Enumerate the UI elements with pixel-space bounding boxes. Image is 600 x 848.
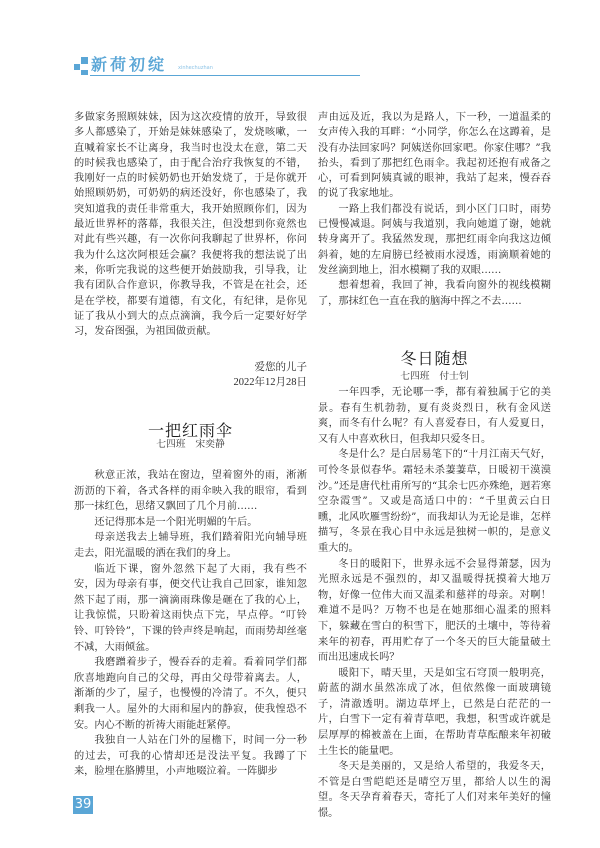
paragraph: 想着想着，我回了神，我看向窗外的视线模糊了，那抹红色一直在我的脑海中挥之不去…… [318,278,551,309]
paragraph: 冬天是美丽的，又是给人希望的，我爱冬天，不管是白雪皑皑还是晴空万里，都给人以生的… [318,759,551,821]
paragraph: 冬日的暖阳下，世界永远不会显得萧瑟，因为光照永远是不强烈的，却又温暖得抚摸着大地… [318,557,551,666]
paragraph: 一路上我们都没有说话，到小区门口时，雨势已慢慢减退。阿姨与我道别，我向她道了谢，… [318,202,551,278]
paragraph: 我磨蹭着步子，慢吞吞的走着。看着同学们都欣喜地跑向自己的父母，再由父母带着离去。… [74,655,307,733]
header-divider [90,75,360,76]
paragraph: 声由远及近，我以为是路人，下一秒，一道温柔的女声传入我的耳畔：“小同学，你怎么在… [318,110,551,202]
paragraph: 秋意正浓，我站在窗边，望着窗外的雨，淅淅沥沥的下着，各式各样的雨伞映入我的眼帘，… [74,468,307,515]
article-byline: 七四班 付士钊 [318,368,551,382]
letter-date: 2022年12月28日 [74,375,307,390]
paragraph: 还记得那本是一个阳光明媚的午后。 [74,515,307,531]
letter-signature: 爱您的儿子 [74,360,307,375]
paragraph: 我独自一人站在门外的屋檐下，时间一分一秒的过去，可我的心情却还是没法平复。我蹲了… [74,733,307,780]
section-title: 新荷初绽 [91,55,167,75]
article-body: 一年四季，无论哪一季，都有着独属于它的美景。春有生机勃勃，夏有炎炎烈日，秋有金风… [318,385,551,822]
letter-body: 多做家务照顾妹妹，因为这次疫情的放开，导致很多人都感染了，开始是妹妹感染了，发烧… [74,110,307,339]
article-title: 冬日随想 [318,346,551,369]
logo-squares-icon [74,57,88,75]
article-byline: 七四班 宋奕静 [74,436,307,450]
paragraph: 多做家务照顾妹妹，因为这次疫情的放开，导致很多人都感染了，开始是妹妹感染了，发烧… [74,110,307,339]
paragraph: 临近下课，窗外忽然下起了大雨，我有些不安，因为母亲有事，便交代让我自己回家，谁知… [74,562,307,656]
article-continuation: 声由远及近，我以为是路人，下一秒，一道温柔的女声传入我的耳畔：“小同学，你怎么在… [318,110,551,309]
article-body: 秋意正浓，我站在窗边，望着窗外的雨，淅淅沥沥的下着，各式各样的雨伞映入我的眼帘，… [74,468,307,780]
section-header: 新荷初绽 xinhechuzhan [74,55,288,77]
paragraph: 冬是什么？是白居易笔下的“十月江南天气好，可怜冬景似春华。霜轻未杀萋萋草，日暖初… [318,447,551,556]
paragraph: 暖阳下，晴天里，天是如宝石穹顶一般明亮，蔚蓝的湖水虽然冻成了冰，但依然像一面玻璃… [318,666,551,760]
section-subtitle: xinhechuzhan [178,64,213,72]
paragraph: 一年四季，无论哪一季，都有着独属于它的美景。春有生机勃勃，夏有炎炎烈日，秋有金风… [318,385,551,447]
paragraph: 母亲送我去上辅导班，我们踏着阳光向辅导班走去，阳光温暖的洒在我们的身上。 [74,530,307,561]
page-number: 39 [73,796,93,814]
